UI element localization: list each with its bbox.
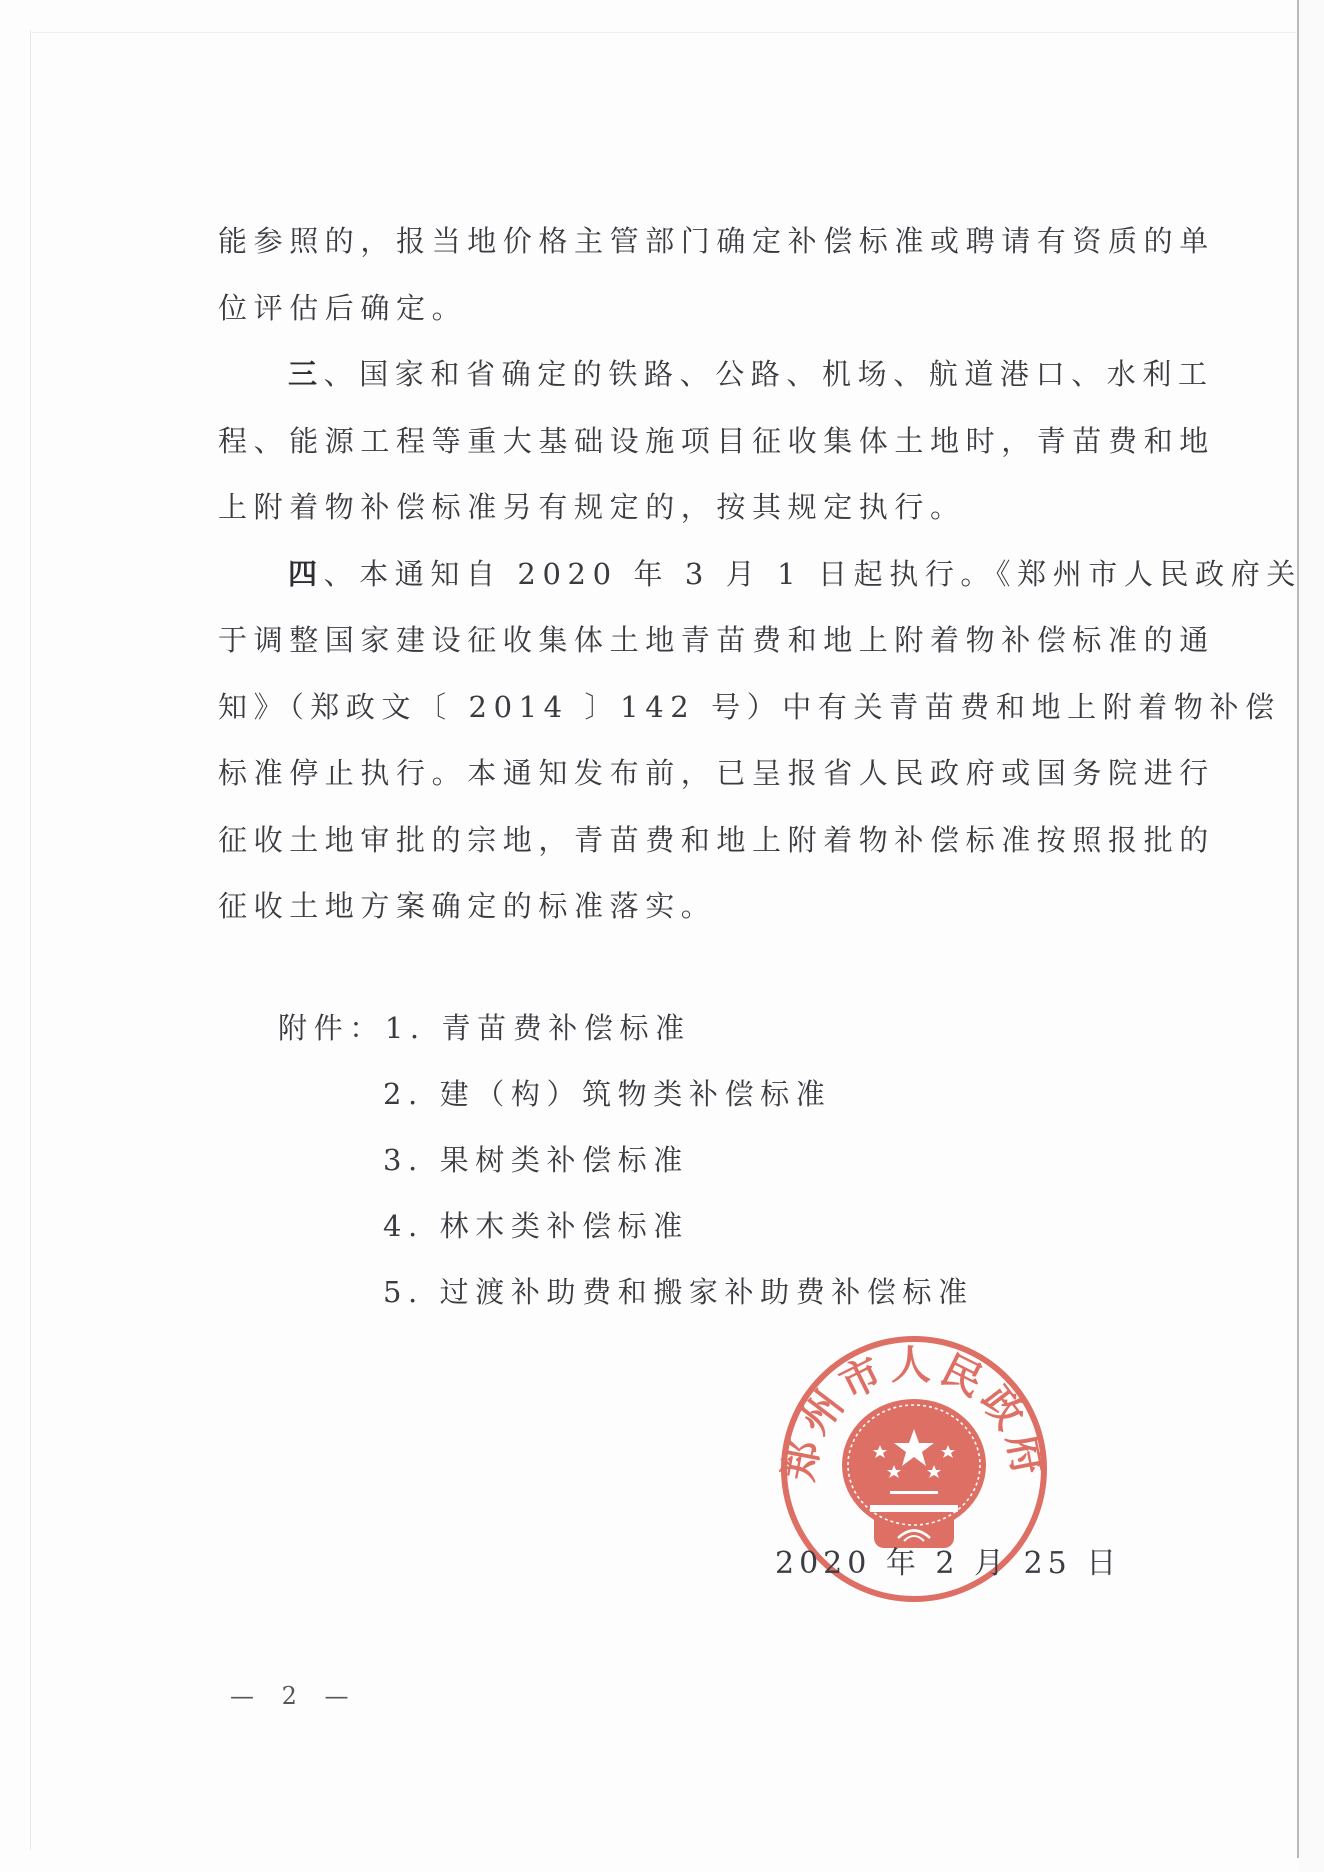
attachments-label: 附件： (278, 1011, 385, 1045)
scan-margin-strip (1299, 0, 1324, 1872)
paragraph-continued: 能参照的，报当地价格主管部门确定补偿标准或聘请有资质的单 位评估后确定。 (218, 208, 1218, 341)
scan-edge-right (1297, 0, 1299, 1858)
national-emblem-icon (842, 1399, 986, 1548)
item-heading-three: 三 (288, 357, 324, 391)
attachment-item: 附件：1. 青苗费补偿标准 (278, 995, 974, 1061)
text-line: 能参照的，报当地价格主管部门确定补偿标准或聘请有资质的单 (218, 208, 1218, 275)
text-line: 位评估后确定。 (218, 275, 1218, 342)
text-line-content: 、本通知自 2020 年 3 月 1 日起执行。《郑州市人民政府关 (324, 557, 1302, 591)
text-line: 知》（郑政文〔 2014 〕142 号）中有关青苗费和地上附着物补偿 (218, 674, 1218, 741)
attachment-title: 1. 青苗费补偿标准 (385, 1011, 691, 1045)
page-number: — 2 — (230, 1682, 359, 1710)
text-line: 上附着物补偿标准另有规定的，按其规定执行。 (218, 474, 1218, 541)
attachment-item: 3. 果树类补偿标准 (278, 1127, 974, 1193)
text-line: 三、国家和省确定的铁路、公路、机场、航道港口、水利工 (218, 341, 1218, 408)
attachment-item: 4. 林木类补偿标准 (278, 1193, 974, 1259)
document-page: 能参照的，报当地价格主管部门确定补偿标准或聘请有资质的单 位评估后确定。 三、国… (0, 0, 1324, 1872)
text-line: 征收土地方案确定的标准落实。 (218, 873, 1218, 940)
attachment-item: 2. 建（构）筑物类补偿标准 (278, 1061, 974, 1127)
attachment-item: 5. 过渡补助费和搬家补助费补偿标准 (278, 1259, 974, 1325)
paragraph-item-four: 四、本通知自 2020 年 3 月 1 日起执行。《郑州市人民政府关 于调整国家… (218, 541, 1218, 940)
document-body: 能参照的，报当地价格主管部门确定补偿标准或聘请有资质的单 位评估后确定。 三、国… (218, 208, 1218, 940)
text-line-content: 、国家和省确定的铁路、公路、机场、航道港口、水利工 (324, 357, 1214, 391)
text-line: 程、能源工程等重大基础设施项目征收集体土地时，青苗费和地 (218, 408, 1218, 475)
text-line: 征收土地审批的宗地，青苗费和地上附着物补偿标准按照报批的 (218, 807, 1218, 874)
scan-edge-top (30, 32, 1296, 33)
scan-edge-left (30, 30, 31, 1850)
paragraph-item-three: 三、国家和省确定的铁路、公路、机场、航道港口、水利工 程、能源工程等重大基础设施… (218, 341, 1218, 541)
text-line: 四、本通知自 2020 年 3 月 1 日起执行。《郑州市人民政府关 (218, 541, 1218, 608)
issue-date: 2020 年 2 月 25 日 (775, 1538, 1121, 1582)
text-line: 于调整国家建设征收集体土地青苗费和地上附着物补偿标准的通 (218, 607, 1218, 674)
attachments-list: 附件：1. 青苗费补偿标准 2. 建（构）筑物类补偿标准 3. 果树类补偿标准 … (278, 995, 974, 1325)
text-line: 标准停止执行。本通知发布前，已呈报省人民政府或国务院进行 (218, 740, 1218, 807)
item-heading-four: 四 (288, 557, 324, 591)
